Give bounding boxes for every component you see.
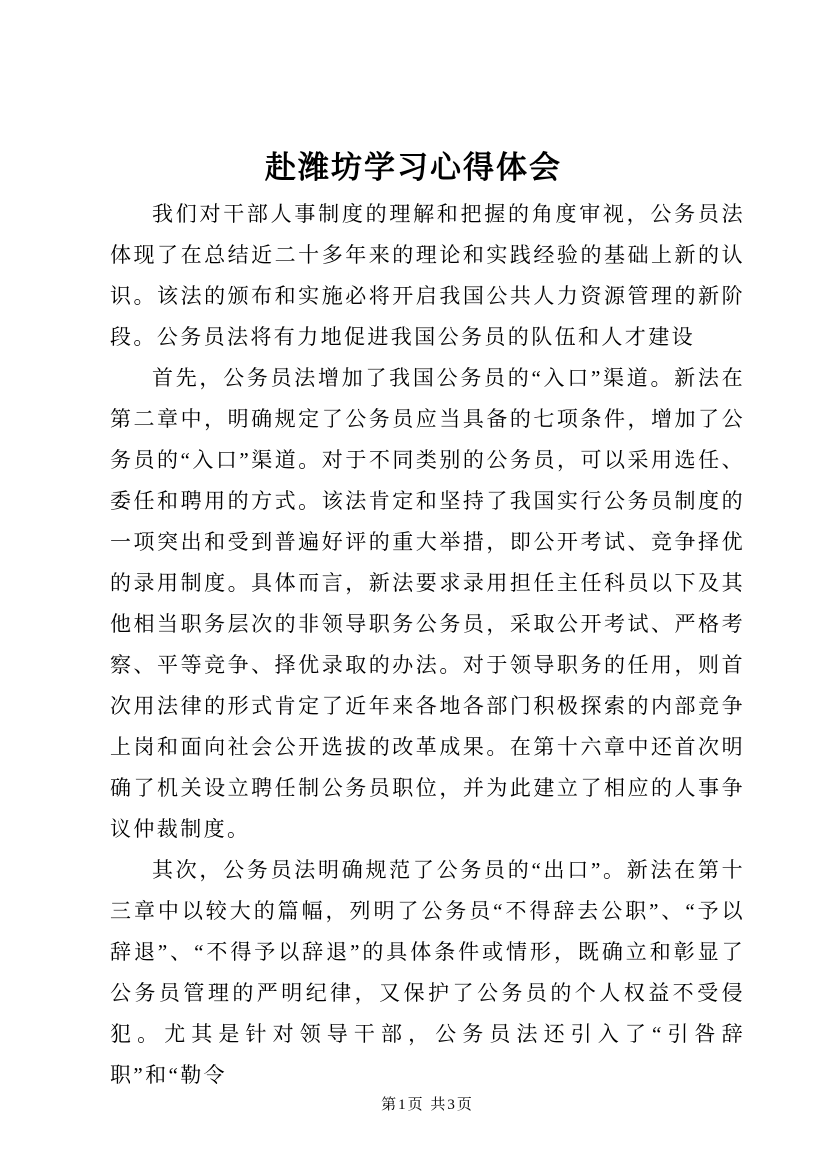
paragraph: 其次，公务员法明确规范了公务员的“出口”。新法在第十三章中以较大的篇幅，列明了公…	[110, 850, 745, 1096]
document-body: 我们对干部人事制度的理解和把握的角度审视，公务员法体现了在总结近二十多年来的理论…	[110, 194, 745, 1096]
page-number-footer: 第1页 共3页	[110, 1093, 745, 1114]
paragraph: 首先，公务员法增加了我国公务员的“入口”渠道。新法在第二章中，明确规定了公务员应…	[110, 358, 745, 850]
paragraph: 我们对干部人事制度的理解和把握的角度审视，公务员法体现了在总结近二十多年来的理论…	[110, 194, 745, 358]
document-page: 赴潍坊学习心得体会 我们对干部人事制度的理解和把握的角度审视，公务员法体现了在总…	[0, 0, 827, 1170]
document-title: 赴潍坊学习心得体会	[0, 0, 827, 189]
